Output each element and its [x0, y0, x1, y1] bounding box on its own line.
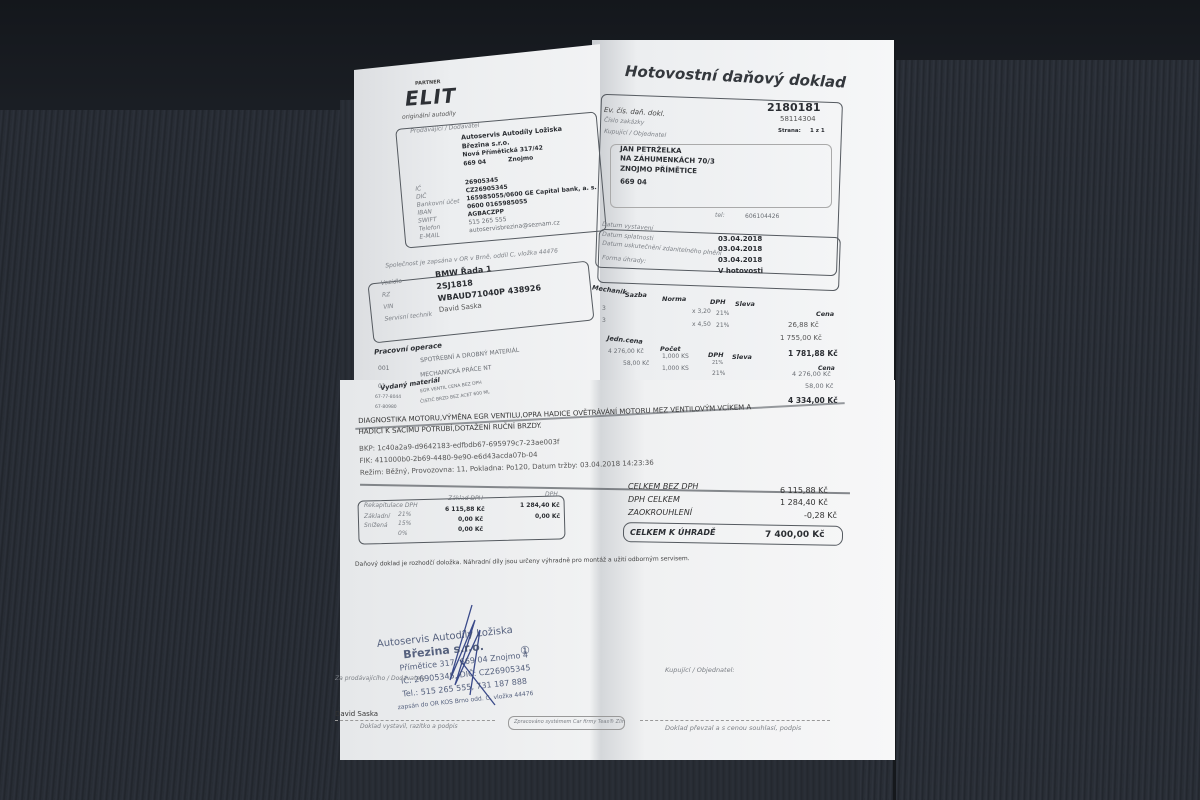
seller-label: Za prodávajícího / Dodavatele: [335, 675, 425, 682]
issued-caption: Doklad vystavil, razítko a podpis: [360, 723, 458, 730]
buyer-signature-line: [640, 720, 830, 721]
material-price: 58,00 Kč: [805, 382, 834, 390]
material-unit-price: 58,00 Kč: [623, 360, 649, 367]
work-subtotal: 1 781,88 Kč: [788, 349, 838, 358]
total-without-vat-label: CELKEM BEZ DPH: [628, 482, 698, 491]
grand-total-label: CELKEM K ÚHRADĚ: [630, 528, 715, 537]
work-vat: 21%: [716, 310, 729, 317]
order-number: 58114304: [780, 115, 816, 123]
material-vat: 21%: [712, 360, 723, 366]
vin-label: VIN: [383, 303, 394, 311]
work-mechanic: 3: [602, 305, 606, 312]
invoice-number: 2180181: [767, 101, 821, 114]
company-stamp: Autoservis Autodíly Ložiska Březina s.r.…: [376, 622, 534, 715]
issued-by: David Saska: [335, 710, 378, 718]
work-price: 26,88 Kč: [788, 321, 819, 329]
total-without-vat: 6 115,88 Kč: [780, 486, 828, 495]
material-qty: 1,000 KS: [662, 365, 689, 372]
vat-rate: 15%: [398, 520, 411, 527]
work-vat: 21%: [716, 322, 729, 329]
col-price: Cena: [816, 310, 834, 318]
material-qty: 1,000 KS: [662, 353, 689, 360]
page-value: 1 z 1: [810, 128, 825, 134]
col-qty: Počet: [660, 345, 681, 353]
tax-date: 03.04.2018: [718, 256, 762, 264]
vat-total-label: DPH CELKEM: [628, 495, 680, 504]
receipt-paper: Hotovostní daňový doklad PARTNER ELIT or…: [340, 40, 900, 760]
stamp-circle-mark: ①: [520, 644, 530, 657]
ic-label: IČ: [415, 185, 422, 192]
car-seat-right-panel: [860, 60, 1200, 800]
grand-total: 7 400,00 Kč: [765, 530, 825, 540]
customer-tel: 606104426: [745, 213, 779, 220]
signature-line: [335, 720, 495, 721]
vat-rate-label: Základní: [364, 513, 390, 520]
vat-rate: 21%: [398, 511, 411, 518]
work-mechanic: 3: [602, 317, 606, 324]
rounding: -0,28 Kč: [804, 511, 837, 520]
vat-base: 0,00 Kč: [458, 526, 483, 533]
vat-recap-vat-header: DPH: [545, 491, 558, 498]
material-code: 67-80980: [375, 405, 397, 410]
payment-method: V hotovosti: [718, 267, 763, 275]
vat-recap-title: Rekapitulace DPH: [364, 502, 418, 509]
rounding-label: ZAOKROUHLENÍ: [628, 508, 692, 517]
vat-base: 0,00 Kč: [458, 516, 483, 523]
material-unit-price: 4 276,00 Kč: [608, 348, 644, 355]
material-price: 4 276,00 Kč: [792, 370, 831, 378]
buyer-label: Kupující / Objednatel:: [665, 666, 735, 674]
material-vat: 21%: [712, 370, 725, 377]
work-price: 1 755,00 Kč: [780, 334, 822, 342]
col-vat: DPH: [708, 351, 724, 359]
plate-label: RZ: [382, 291, 391, 299]
material-code: 67-77-8044: [375, 395, 401, 400]
vat-rate-label: Snížená: [364, 522, 388, 529]
work-norm: x 4,50: [692, 321, 711, 328]
system-text: Zpracováno systémem Car firmy Teas® Zlín: [514, 719, 625, 725]
car-seat-left-panel: [0, 110, 380, 800]
due-date: 03.04.2018: [718, 245, 762, 253]
col-discount: Sleva: [732, 353, 752, 361]
vat-rate: 0%: [398, 530, 408, 537]
customer-tel-label: tel:: [715, 212, 725, 219]
work-norm: x 3,20: [692, 308, 711, 315]
col-rate: Sazba: [625, 291, 647, 299]
col-norm: Norma: [662, 295, 686, 303]
issue-date: 03.04.2018: [718, 235, 762, 243]
vat-total: 1 284,40 Kč: [780, 498, 828, 507]
buyer-caption: Doklad převzal a s cenou souhlasí, podpi…: [665, 724, 801, 732]
col-vat: DPH: [710, 298, 726, 306]
dic-label: DIČ: [416, 193, 427, 201]
vat-recap-base-header: Základ DPH: [448, 495, 483, 502]
page-label: Strana:: [778, 128, 801, 134]
customer-zip: 669 04: [620, 178, 647, 187]
work-code: 001: [378, 365, 389, 372]
vat-amount: 0,00 Kč: [535, 513, 560, 520]
vat-base: 6 115,88 Kč: [445, 506, 485, 513]
vat-amount: 1 284,40 Kč: [520, 502, 560, 509]
col-discount: Sleva: [735, 300, 755, 308]
iban-label: IBAN: [417, 208, 432, 216]
elit-logo: ELIT: [404, 83, 457, 111]
